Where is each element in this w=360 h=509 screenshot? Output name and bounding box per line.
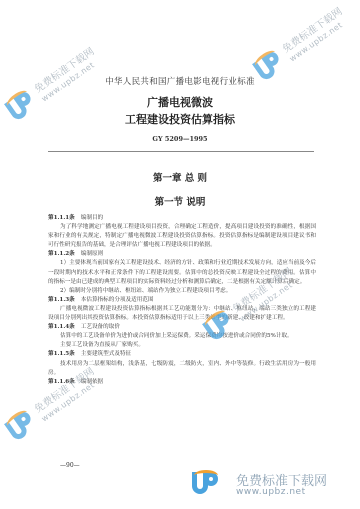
watermark-url: www.upbz.net xyxy=(287,15,351,64)
article-heading: 第1.1.6条编制依据 xyxy=(48,378,316,387)
article-title: 本估算指标的分项及适用范围 xyxy=(81,297,154,303)
article-heading: 第1.1.4条工艺设备的取价 xyxy=(48,323,316,332)
article-title: 主要建筑型式及特征 xyxy=(81,351,131,357)
article-heading: 第1.1.5条主要建筑型式及特征 xyxy=(48,350,316,359)
document-title-line2: 工程建设投资估算指标 xyxy=(0,111,360,127)
header-divider xyxy=(48,151,314,152)
article-heading: 第1.1.1条编制目的 xyxy=(48,214,316,223)
paragraph: 广播电视微波工程建设投资估算指标根据其工艺功能划分为：中继站、枢纽站、端站三类独… xyxy=(48,305,316,323)
watermark-cn: 免费标准下载网 xyxy=(281,6,345,55)
upbz-logo-icon xyxy=(3,405,45,447)
paragraph: 为了科学地测定广播电视工程建设项目投资，合理确定工程造价，提高项目建设投资的准确… xyxy=(48,223,316,250)
article-title: 编制依据 xyxy=(81,379,103,385)
article-number: 第1.1.3条 xyxy=(48,297,75,303)
watermark-cn: 免费标准下载网 xyxy=(33,46,97,95)
standard-category: 中华人民共和国广播电影电视行业标准 xyxy=(0,75,360,87)
chapter-heading: 第一章 总 则 xyxy=(0,170,360,184)
article-title: 编制原则 xyxy=(81,251,103,257)
article-number: 第1.1.4条 xyxy=(48,324,75,330)
watermark-url: www.upbz.net xyxy=(236,487,327,498)
document-page: 中华人民共和国广播电影电视行业标准 广播电视微波 工程建设投资估算指标 GY 5… xyxy=(0,0,360,509)
section-heading: 第一节 说明 xyxy=(0,194,360,208)
article-number: 第1.1.1条 xyxy=(48,215,75,221)
document-title-line1: 广播电视微波 xyxy=(0,94,360,110)
watermark-bottom: 免费标准下载网www.upbz.net xyxy=(192,470,327,504)
paragraph: 2）编制时分别将中继站、枢纽站、端站作为独立工程建设项目考虑。 xyxy=(48,287,316,296)
article-number: 第1.1.5条 xyxy=(48,351,75,357)
standard-code: GY 5209—1995 xyxy=(0,135,360,143)
article-title: 工艺设备的取价 xyxy=(81,324,120,330)
page-number: —90— xyxy=(60,462,80,469)
upbz-logo-icon xyxy=(192,470,232,504)
watermark-cn: 免费标准下载网 xyxy=(236,476,327,487)
paragraph: 技术用房为二层框架结构，浅条基，七级防震，二级防火，室内、外中等装修。行政生活用… xyxy=(48,360,316,378)
paragraph: 估算中的工艺设备单价为进价或合同价加上采运保费。采运保费均按进价或合同价的5%计… xyxy=(48,332,316,341)
paragraph: 1）主要体现当前国家有关工程建设技术、经济的方针、政策和行业近期技术发展方向，适… xyxy=(48,259,316,286)
paragraph: 主要工艺设备为直接从厂家购买。 xyxy=(48,341,316,350)
article-number: 第1.1.2条 xyxy=(48,251,75,257)
article-heading: 第1.1.2条编制原则 xyxy=(48,250,316,259)
document-body: 第1.1.1条编制目的 为了科学地测定广播电视工程建设项目投资，合理确定工程造价… xyxy=(48,214,316,387)
article-heading: 第1.1.3条本估算指标的分项及适用范围 xyxy=(48,296,316,305)
article-number: 第1.1.6条 xyxy=(48,379,75,385)
article-title: 编制目的 xyxy=(81,215,103,221)
